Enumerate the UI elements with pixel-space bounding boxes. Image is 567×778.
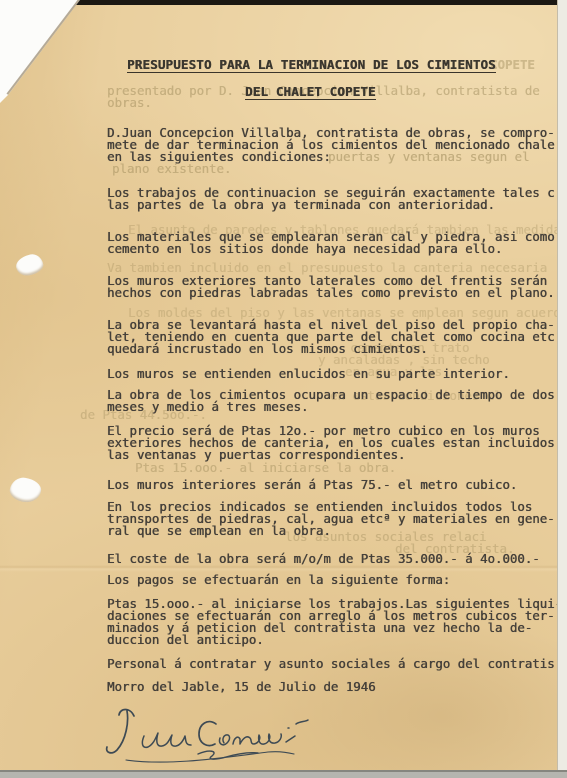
place-date-line: Morro del Jable, 15 de Julio de 1946 [107,681,376,693]
body-line-p6: Los muros se entienden enlucidos en su p… [107,368,510,380]
body-line-p9: Los muros interiores serán á Ptas 75.- e… [107,479,517,491]
body-line-p13: duccion del anticipo. [107,634,264,646]
body-line-p12: Los pagos se efectuarán en la siguiente … [107,574,450,586]
body-line-p2: las partes de la obra ya terminada con a… [107,199,495,211]
body-line-p1: en las siguientes condiciones: [107,151,331,163]
body-line-p4: hechos con piedras labradas tales como p… [107,287,555,299]
scan-edge-bottom [0,770,567,778]
scan-edge-top [0,0,567,5]
body-line-p14: Personal á contratar y asunto sociales á… [107,658,555,670]
body-line-p5: quedará incrustado en los mismos cimient… [107,343,428,355]
body-line-p10: ral que se emplean en la obra. [107,525,331,537]
signature-juan-concepcion [100,702,310,770]
body-text-layer: D.Juan Concepcion Villalba, contratista … [0,0,567,778]
body-line-p7: meses y medio á tres meses. [107,401,308,413]
scanned-document: PRESUPUESTO PARA LA TERMINACION DE LOS C… [0,0,567,778]
scan-edge-right [557,0,567,778]
body-line-p11: El coste de la obra será m/o/m de Ptas 3… [107,553,540,565]
body-line-p3: cemento en los sitios donde haya necesid… [107,243,502,255]
body-line-p8: las ventanas y puertas correspondientes. [107,449,405,461]
